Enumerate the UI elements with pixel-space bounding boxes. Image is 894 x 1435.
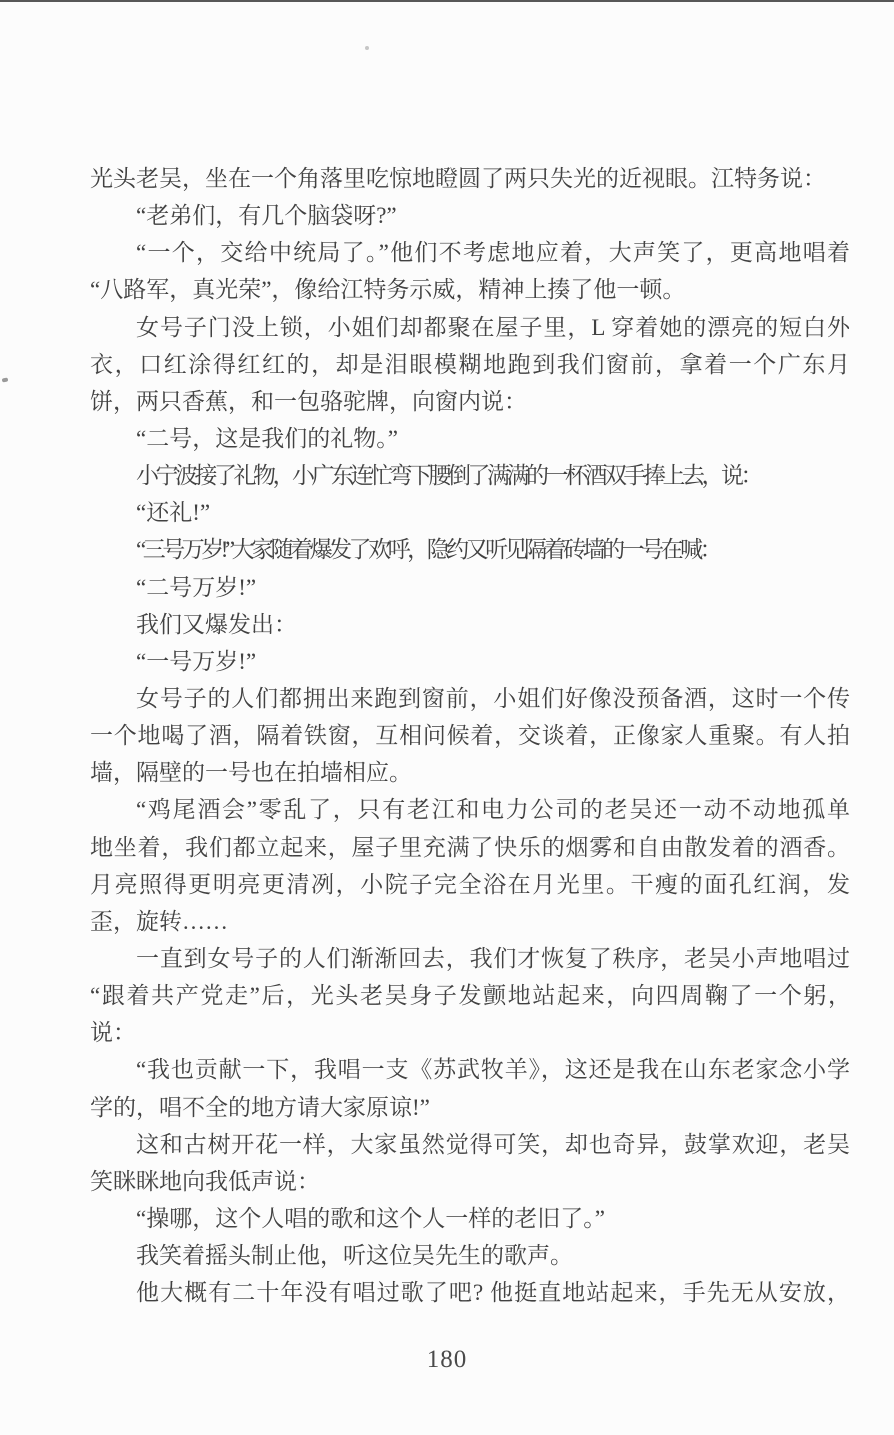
text-line: “老弟们，有几个脑袋呀?” — [90, 197, 850, 234]
text-line: 墙，隔壁的一号也在拍墙相应。 — [90, 754, 850, 791]
scan-speck-top — [365, 46, 369, 50]
page-footer: 180 — [0, 1346, 894, 1374]
text-line: 衣，口红涂得红红的，却是泪眼模糊地跑到我们窗前，拿着一个广东月 — [90, 346, 850, 383]
text-line: 女号子的人们都拥出来跑到窗前，小姐们好像没预备酒，这时一个传 — [90, 680, 850, 717]
paragraph: 我们又爆发出： — [90, 606, 850, 643]
paragraph: 光头老吴，坐在一个角落里吃惊地瞪圆了两只失光的近视眼。江特务说： — [90, 160, 850, 197]
paragraph: 女号子门没上锁，小姐们却都聚在屋子里，L 穿着她的漂亮的短白外衣，口红涂得红红的… — [90, 309, 850, 420]
paragraph: 这和古树开花一样，大家虽然觉得可笑，却也奇异，鼓掌欢迎，老吴笑眯眯地向我低声说： — [90, 1126, 850, 1200]
paragraph: “老弟们，有几个脑袋呀?” — [90, 197, 850, 234]
paragraph: “三号万岁!”大家随着爆发了欢呼，隐约又听见隔着砖墙的一号在喊： — [90, 531, 850, 568]
text-line: 月亮照得更明亮更清冽，小院子完全浴在月光里。干瘦的面孔红润，发 — [90, 866, 850, 903]
text-line: 一个地喝了酒，隔着铁窗，互相问候着，交谈着，正像家人重聚。有人拍 — [90, 717, 850, 754]
scan-top-edge-artifact — [0, 0, 894, 2]
text-line: 他大概有二十年没有唱过歌了吧? 他挺直地站起来，手先无从安放， — [90, 1274, 850, 1311]
paragraph: “操哪，这个人唱的歌和这个人一样的老旧了。” — [90, 1200, 850, 1237]
text-line: 一直到女号子的人们渐渐回去，我们才恢复了秩序，老吴小声地唱过 — [90, 940, 850, 977]
paragraph: “鸡尾酒会”零乱了，只有老江和电力公司的老吴还一动不动地孤单地坐着，我们都立起来… — [90, 791, 850, 940]
text-line: 我们又爆发出： — [90, 606, 850, 643]
paragraph: 女号子的人们都拥出来跑到窗前，小姐们好像没预备酒，这时一个传一个地喝了酒，隔着铁… — [90, 680, 850, 791]
text-line: “一个，交给中统局了。”他们不考虑地应着，大声笑了，更高地唱着 — [90, 234, 850, 271]
text-line: “三号万岁!”大家随着爆发了欢呼，隐约又听见隔着砖墙的一号在喊： — [90, 531, 850, 568]
text-line: “我也贡献一下，我唱一支《苏武牧羊》，这还是我在山东老家念小学 — [90, 1051, 850, 1088]
paragraph: “一个，交给中统局了。”他们不考虑地应着，大声笑了，更高地唱着“八路军，真光荣”… — [90, 234, 850, 308]
text-line: 女号子门没上锁，小姐们却都聚在屋子里，L 穿着她的漂亮的短白外 — [90, 309, 850, 346]
text-line: “还礼!” — [90, 494, 850, 531]
paragraph: “二号万岁!” — [90, 569, 850, 606]
paragraph: 他大概有二十年没有唱过歌了吧? 他挺直地站起来，手先无从安放， — [90, 1274, 850, 1311]
text-line: “八路军，真光荣”，像给江特务示威，精神上揍了他一顿。 — [90, 271, 850, 308]
text-line: “操哪，这个人唱的歌和这个人一样的老旧了。” — [90, 1200, 850, 1237]
paragraph: “我也贡献一下，我唱一支《苏武牧羊》，这还是我在山东老家念小学学的，唱不全的地方… — [90, 1051, 850, 1125]
book-page: 光头老吴，坐在一个角落里吃惊地瞪圆了两只失光的近视眼。江特务说：“老弟们，有几个… — [0, 0, 894, 1435]
text-line: 饼，两只香蕉，和一包骆驼牌，向窗内说： — [90, 383, 850, 420]
scan-speck-left-margin — [2, 377, 9, 382]
text-line: 我笑着摇头制止他，听这位吴先生的歌声。 — [90, 1237, 850, 1274]
text-line: “一号万岁!” — [90, 643, 850, 680]
paragraph: 小宁波接了礼物，小广东连忙弯下腰倒了满满的一杯酒双手捧上去，说： — [90, 457, 850, 494]
text-line: “鸡尾酒会”零乱了，只有老江和电力公司的老吴还一动不动地孤单 — [90, 791, 850, 828]
text-line: “跟着共产党走”后，光头老吴身子发颤地站起来，向四周鞠了一个躬， — [90, 977, 850, 1014]
page-text-block: 光头老吴，坐在一个角落里吃惊地瞪圆了两只失光的近视眼。江特务说：“老弟们，有几个… — [90, 160, 850, 1311]
paragraph: “还礼!” — [90, 494, 850, 531]
text-line: 光头老吴，坐在一个角落里吃惊地瞪圆了两只失光的近视眼。江特务说： — [90, 160, 850, 197]
text-line: 地坐着，我们都立起来，屋子里充满了快乐的烟雾和自由散发着的酒香。 — [90, 829, 850, 866]
paragraph: “一号万岁!” — [90, 643, 850, 680]
text-line: 说： — [90, 1014, 850, 1051]
text-line: “二号万岁!” — [90, 569, 850, 606]
text-line: 小宁波接了礼物，小广东连忙弯下腰倒了满满的一杯酒双手捧上去，说： — [90, 457, 850, 494]
paragraph: 一直到女号子的人们渐渐回去，我们才恢复了秩序，老吴小声地唱过“跟着共产党走”后，… — [90, 940, 850, 1051]
text-line: 笑眯眯地向我低声说： — [90, 1163, 850, 1200]
paragraph: 我笑着摇头制止他，听这位吴先生的歌声。 — [90, 1237, 850, 1274]
text-line: 学的，唱不全的地方请大家原谅!” — [90, 1089, 850, 1126]
text-line: 歪，旋转…… — [90, 903, 850, 940]
text-line: 这和古树开花一样，大家虽然觉得可笑，却也奇异，鼓掌欢迎，老吴 — [90, 1126, 850, 1163]
page-number: 180 — [427, 1346, 468, 1373]
text-line: “二号，这是我们的礼物。” — [90, 420, 850, 457]
paragraph: “二号，这是我们的礼物。” — [90, 420, 850, 457]
